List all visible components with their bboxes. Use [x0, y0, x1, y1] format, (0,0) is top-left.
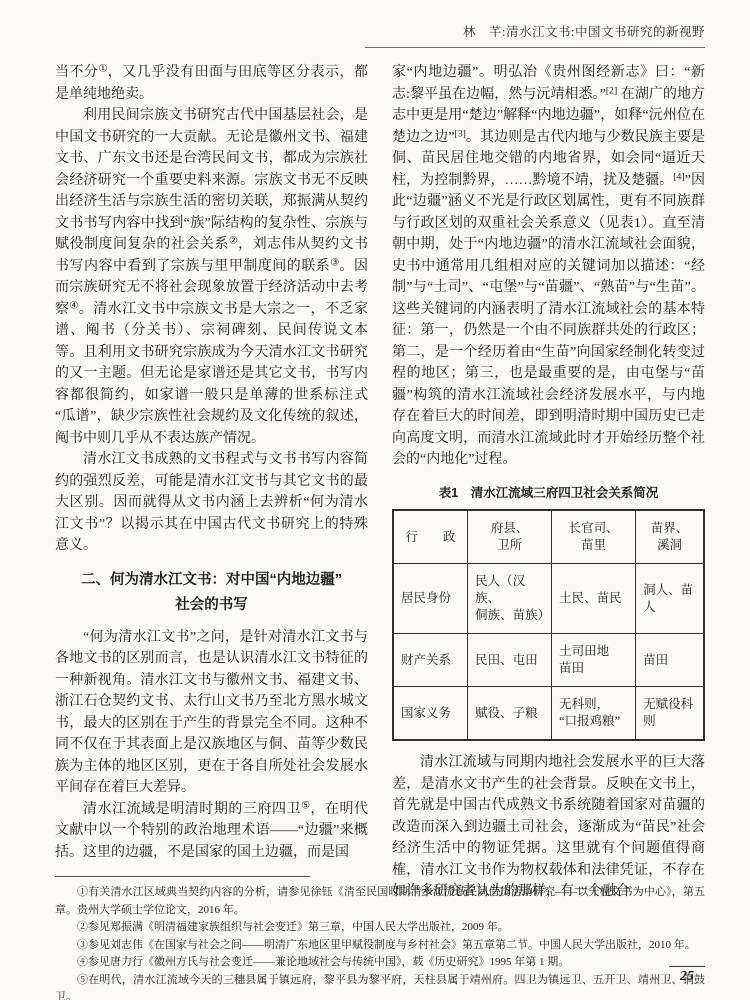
- table-row: 行 政 府县、 卫所 长官司、 苗里 苗界、 溪洞: [393, 510, 704, 564]
- footnote: ④参见唐力行《徽州方氏与社会变迁——兼论地域社会与传统中国》，载《历史研究》19…: [55, 954, 705, 972]
- section-heading: 二、何为清水江文书：对中国“内地边疆”社会的书写: [55, 568, 368, 618]
- table-cell: 财产关系: [393, 634, 468, 687]
- footnote-marker: ①: [98, 64, 107, 75]
- footnote-marker: [2]: [606, 85, 617, 96]
- running-title: 林 芊:清水江文书:中国文书研究的新视野: [463, 25, 705, 39]
- running-header: 林 芊:清水江文书:中国文书研究的新视野: [365, 22, 705, 48]
- table-cell: 民人（汉族、 侗族、苗族）: [468, 564, 552, 634]
- table-cell: 民田、屯田: [468, 634, 552, 687]
- footnote: ③参见刘志伟《在国家与社会之间——明清广东地区里甲赋役制度与乡村社会》第五章第二…: [55, 937, 705, 955]
- table-cell: 无科则， “口报鸡粮”: [552, 687, 636, 741]
- table-cell: 国家义务: [393, 687, 468, 741]
- paper-page: 林 芊:清水江文书:中国文书研究的新视野 当不分①，又几乎没有田面与田底等区分表…: [0, 0, 750, 1000]
- paragraph: “何为清水江文书”之问，是针对清水江文书与各地文书的区别而言，也是认识清水江文书…: [55, 627, 368, 799]
- page-number: 25: [669, 966, 705, 985]
- table-cell: 土民、苗民: [552, 564, 636, 634]
- footnote-marker: ③: [330, 257, 339, 268]
- footnote-marker: ⑤: [301, 800, 310, 811]
- table-cell: 行 政: [393, 510, 468, 564]
- table-row: 居民身份 民人（汉族、 侗族、苗族） 土民、苗民 洞人、苗人: [393, 564, 704, 634]
- table-cell: 洞人、苗人: [636, 564, 704, 634]
- table-row: 财产关系 民田、屯田 土司田地 苗田 苗田: [393, 634, 704, 687]
- footnote: ⑤在明代，清水江流域今天的三穗县属于镇远府，黎平县为黎平府，天柱县属于靖州府。四…: [55, 972, 705, 1000]
- table-cell: 苗田: [636, 634, 704, 687]
- paragraph: 家“内地边疆”。明弘治《贵州图经新志》曰：“新志:黎平虽在边幅，然与沅靖相悉。”…: [392, 62, 705, 471]
- right-column: 家“内地边疆”。明弘治《贵州图经新志》曰：“新志:黎平虽在边幅，然与沅靖相悉。”…: [392, 62, 705, 903]
- table-cell: 土司田地 苗田: [552, 634, 636, 687]
- footnote-marker: ④: [70, 300, 79, 311]
- table-cell: 长官司、 苗里: [552, 510, 636, 564]
- table-cell: 无赋役科则: [636, 687, 704, 741]
- footnote-marker: [4]: [673, 171, 684, 182]
- footnotes: ①有关清水江区域典当契约内容的分析，请参见徐钰《清至民国时期清水江流域民间借贷活…: [55, 876, 705, 1000]
- footnote-marker: [3]: [454, 128, 465, 139]
- table-cell: 苗界、 溪洞: [636, 510, 704, 564]
- footnote: ②参见郑振满《明清福建家族组织与社会变迁》第三章，中国人民大学出版社，2009 …: [55, 919, 705, 937]
- paragraph: 清水江文书成熟的文书程式与文书书写内容简约的强烈反差，可能是清水江文书与其它文书…: [55, 449, 368, 557]
- table-social-relations: 行 政 府县、 卫所 长官司、 苗里 苗界、 溪洞 居民身份 民人（汉族、 侗族…: [392, 509, 705, 741]
- paragraph: 清水江流域是明清时期的三府四卫⑤，在明代文献中以一个特别的政治地理术语——“边疆…: [55, 799, 368, 864]
- table-caption: 表1 清水江流域三府四卫社会关系简况: [392, 483, 705, 505]
- table-cell: 府县、 卫所: [468, 510, 552, 564]
- table-cell: 居民身份: [393, 564, 468, 634]
- article-body: 当不分①，又几乎没有田面与田底等区分表示，都是单纯地绝卖。 利用民间宗族文书研究…: [55, 62, 705, 903]
- left-column: 当不分①，又几乎没有田面与田底等区分表示，都是单纯地绝卖。 利用民间宗族文书研究…: [55, 62, 368, 903]
- table-row: 国家义务 赋役、子粮 无科则， “口报鸡粮” 无赋役科则: [393, 687, 704, 741]
- table-cell: 赋役、子粮: [468, 687, 552, 741]
- paragraph: 利用民间宗族文书研究古代中国基层社会，是中国文书研究的一大贡献。无论是徽州文书、…: [55, 105, 368, 449]
- footnote-marker: ②: [229, 236, 238, 247]
- footnote: ①有关清水江区域典当契约内容的分析，请参见徐钰《清至民国时期清水江流域民间借贷活…: [55, 884, 705, 919]
- paragraph: 当不分①，又几乎没有田面与田底等区分表示，都是单纯地绝卖。: [55, 62, 368, 105]
- footnote-divider: [55, 876, 310, 877]
